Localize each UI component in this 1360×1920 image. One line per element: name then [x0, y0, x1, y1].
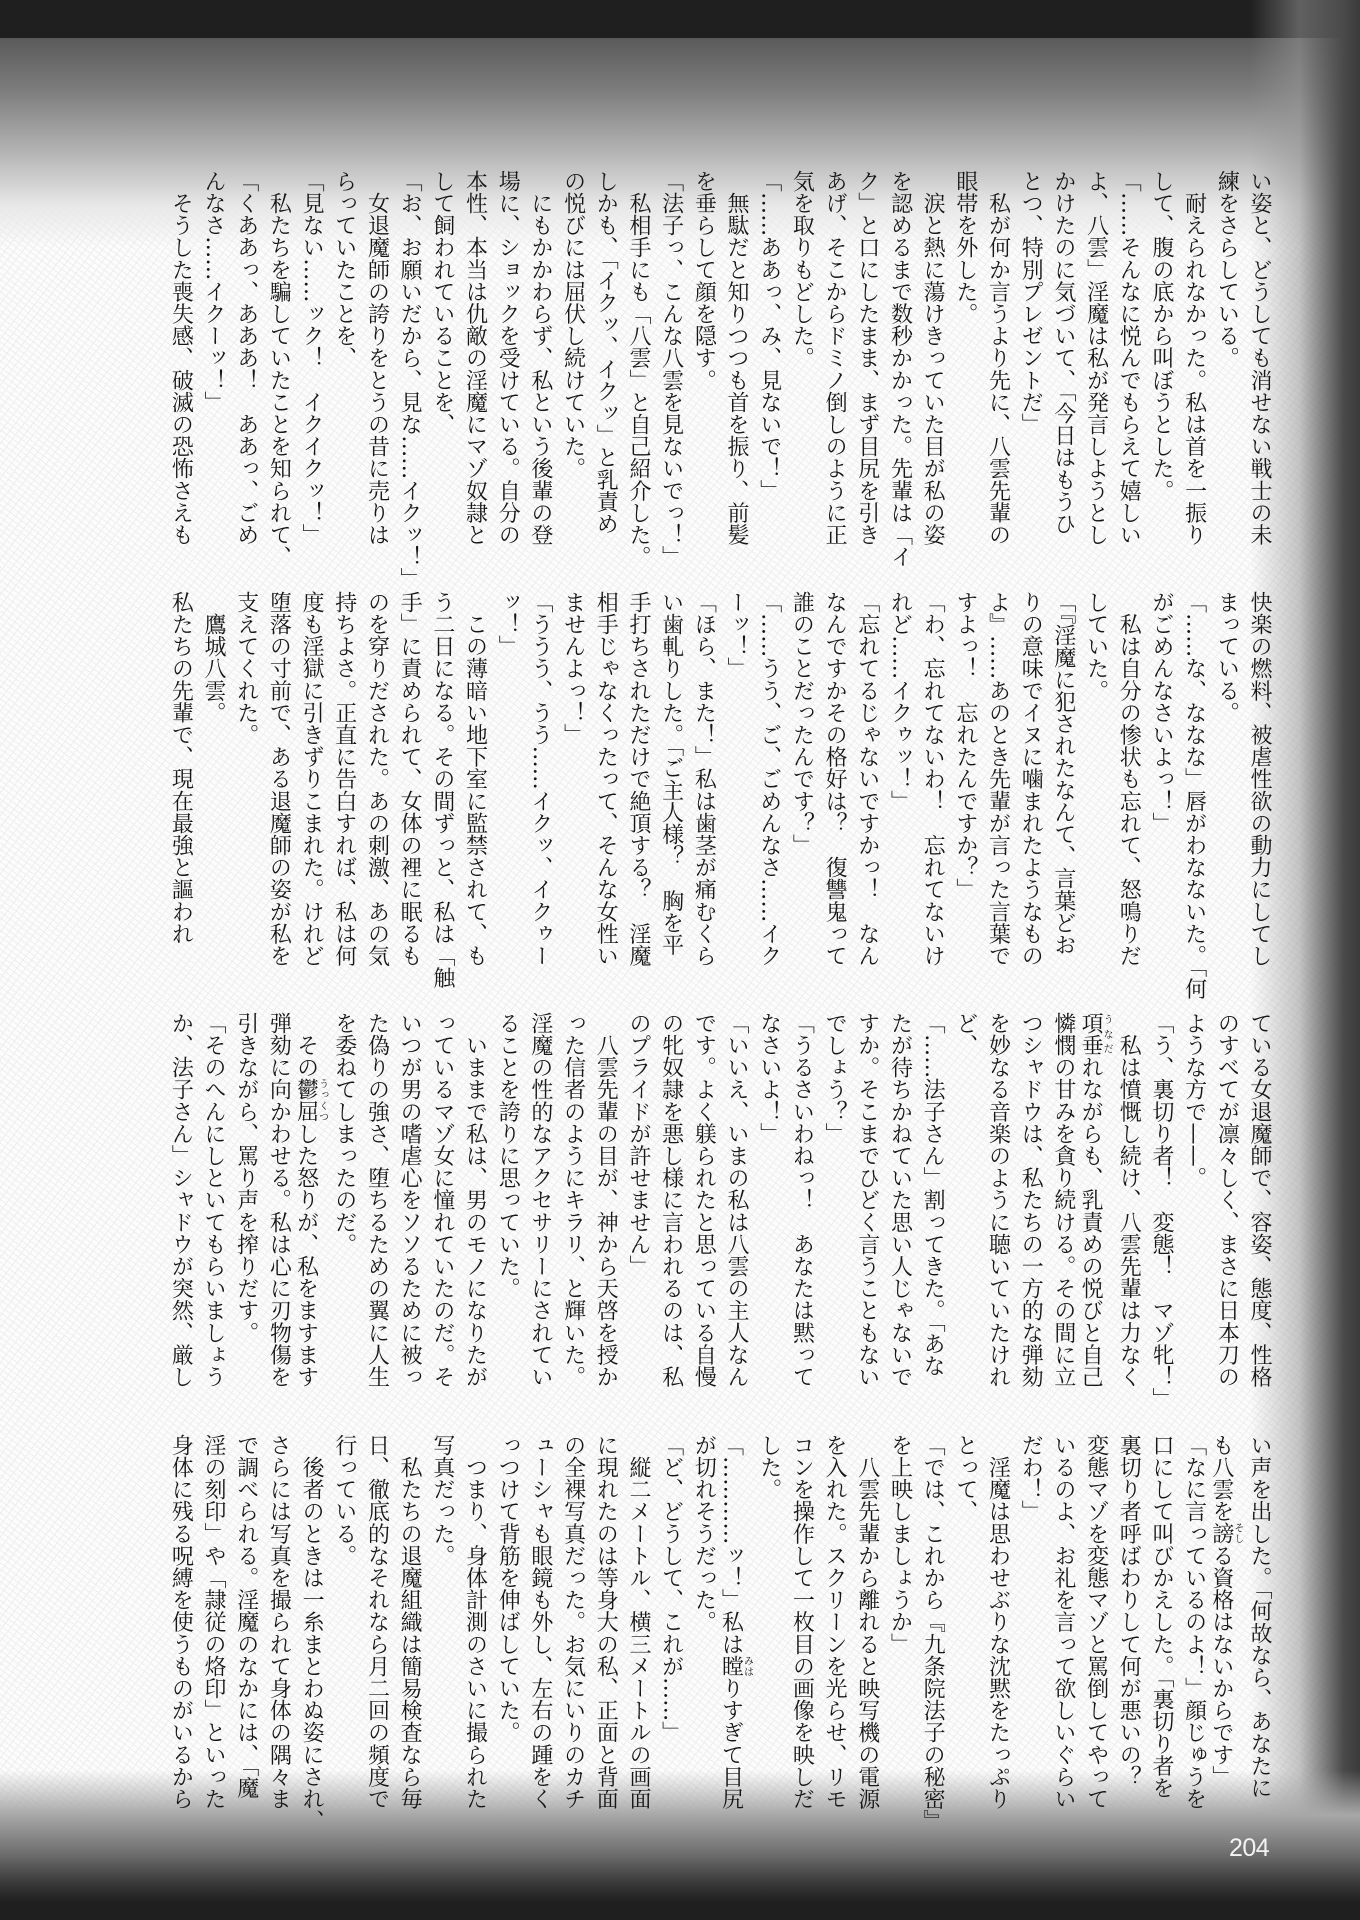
- text-line: 裏切り者呼ばわりして何が悪いの？: [1112, 1434, 1145, 1814]
- text-line: で調べられる。淫魔のなかには、「魔: [229, 1434, 262, 1814]
- text-line: 「……うう、ご、ごめんなさ……イク: [752, 591, 785, 971]
- text-line: 「……そんなに悦んでもらえて嬉しい: [1112, 170, 1145, 550]
- text-line: のを穿りだされた。あの刺激、あの気: [360, 591, 393, 971]
- text-line: 「見ない……ック！ イクイクッ！」: [294, 170, 327, 550]
- text-line: 「わ、忘れてないわ！ 忘れてないけ: [915, 591, 948, 971]
- text-tier-1: い姿と、どうしても消せない戦士の未 練をさらしている。 耐えられなかった。私は首…: [163, 170, 1275, 550]
- page-number: 204: [1229, 1834, 1269, 1863]
- text-tier-2: 快楽の燃料、被虐性欲の動力にしてし まっている。 「……な、ななな」唇がわなない…: [163, 591, 1275, 971]
- text-line: した。: [752, 1434, 785, 1814]
- text-line: を垂らして顔を隠す。: [687, 170, 720, 550]
- text-line: 変態マゾを変態マゾと罵倒してやって: [1079, 1434, 1112, 1814]
- text-line: 鷹城八雲。: [196, 591, 229, 971]
- text-segment: した怒りが、私をますます: [294, 1123, 319, 1388]
- text-line: この薄暗い地下室に監禁されて、も: [458, 591, 491, 971]
- text-line: 「いいえ、いまの私は八雲の主人なん: [719, 1012, 752, 1392]
- text-line: 手打ちされただけで絶頂する？ 淫魔: [621, 591, 654, 971]
- text-line: 私たちの先輩で、現在最強と謳われ: [164, 591, 197, 971]
- text-line: ど、: [948, 1012, 981, 1392]
- text-line: を入れた。スクリーンを光らせ、リモ: [817, 1434, 850, 1814]
- text-line: の牝奴隷を悪し様に言われるのは、私: [654, 1012, 687, 1392]
- page-border-top: [0, 0, 1360, 38]
- text-line: ク」と口にしたまま、まず目尻を引き: [850, 170, 883, 550]
- text-line: 八雲先輩から離れると映写機の電源: [850, 1434, 883, 1814]
- text-line: 私たちを騙していたことを知られて、: [262, 170, 295, 550]
- text-segment: りすぎて目尻: [719, 1677, 744, 1810]
- text-line: 誰のことだったんです？」: [785, 591, 818, 971]
- text-line: ませんよっ！」: [556, 591, 589, 971]
- text-line: の悦びには屈伏し続けていた。: [556, 170, 589, 550]
- text-line: い歯軋りした。「ご主人様？ 胸を平: [654, 591, 687, 971]
- text-line: 後者のときは一糸まとわぬ姿にされ、: [294, 1434, 327, 1814]
- text-line: った信者のようにキラリ、と輝いた。: [556, 1012, 589, 1392]
- text-line: 「……な、ななな」唇がわなないた。「何: [1177, 591, 1210, 971]
- text-line: を認めるまで数秒かかった。先輩は「イ: [883, 170, 916, 550]
- text-line: 日、徹底的なそれなら月二回の頻度で: [360, 1434, 393, 1814]
- text-line: っつけて背筋を伸ばしていた。: [491, 1434, 524, 1814]
- text-line: 口にして叫びかえした。「裏切り者を: [1144, 1434, 1177, 1814]
- text-line: 持ちよさ。正直に告白すれば、私は何: [327, 591, 360, 971]
- text-line: 縦二メートル、横三メートルの画面: [621, 1434, 654, 1814]
- text-line: 「う、裏切り者！ 変態！ マゾ牝！」: [1144, 1012, 1177, 1392]
- text-line: ーッ！」: [719, 591, 752, 971]
- text-line: 堕落の寸前で、ある退魔師の姿が私を: [262, 591, 295, 971]
- text-line: 支えてくれた。: [229, 591, 262, 971]
- text-line: を妙なる音楽のように聴いていたけれ: [981, 1012, 1014, 1392]
- text-line: まっている。: [1210, 591, 1243, 971]
- text-line: っているマゾ女に憧れていたのだ。そ: [425, 1012, 458, 1392]
- text-line: 「『淫魔に犯されたなんて、言葉どお: [1046, 591, 1079, 971]
- text-line: 耐えられなかった。私は首を一振り: [1177, 170, 1210, 550]
- text-segment: る資格はないからです」: [1209, 1545, 1234, 1788]
- text-line: でしょう？」: [817, 1012, 850, 1392]
- text-line: つまり、身体計測のさいに撮られた: [458, 1434, 491, 1814]
- text-line: 「……法子さん」割ってきた。「あな: [915, 1012, 948, 1392]
- text-line: 「くああっ、あああ！ ああっ、ごめ: [229, 170, 262, 550]
- ruby-base: 項垂: [1078, 1012, 1103, 1056]
- text-line: つシャドウは、私たちの一方的な弾劾: [1014, 1012, 1047, 1392]
- text-line: いるのよ、お礼を言って欲しいぐらい: [1046, 1434, 1079, 1814]
- text-line: にもかかわらず、私という後輩の登: [523, 170, 556, 550]
- text-line: たが待ちかねていた思い人じゃないで: [883, 1012, 916, 1392]
- text-line: ッ！」: [491, 591, 524, 971]
- text-line: んなさ……イクーッ！」: [196, 170, 229, 550]
- text-line: 「忘れてるじゃないですかっ！ なん: [850, 591, 883, 971]
- ruby-word: 項垂うなだ: [1078, 1012, 1103, 1056]
- text-line: 私相手にも「八雲」と自己紹介した。: [621, 170, 654, 550]
- text-line: いままで私は、男のモノになりたが: [458, 1012, 491, 1392]
- text-segment: も八雲を: [1209, 1434, 1234, 1522]
- text-line: 「お、お願いだから、見な……イクッ！」: [392, 170, 425, 550]
- text-line: がごめんなさいよっ！」: [1144, 591, 1177, 971]
- text-line: そうした喪失感、破滅の恐怖さえも: [164, 170, 197, 550]
- text-line: 私が何か言うより先に、八雲先輩の: [981, 170, 1014, 550]
- ruby-word: 鬱屈うっくつ: [294, 1078, 319, 1122]
- text-line: ることを誇りに思っていた。: [491, 1012, 524, 1392]
- text-line: とつ、特別プレゼントだ」: [1014, 170, 1047, 550]
- text-line: して、腹の底から叫ぼうとした。: [1144, 170, 1177, 550]
- text-line: りの意味でイヌに噛まれたようなもの: [1014, 591, 1047, 971]
- text-line: た偽りの強さ、堕ちるための翼に人生: [360, 1012, 393, 1392]
- text-line: 「うるさいわねっ！ あなたは黙って: [785, 1012, 818, 1392]
- text-line: 行っている。: [327, 1434, 360, 1814]
- text-segment: その: [294, 1012, 319, 1078]
- ruby-base: 謗: [1209, 1522, 1234, 1544]
- text-line: 本性、本当は仇敵の淫魔にマゾ奴隷と: [458, 170, 491, 550]
- text-line-with-ruby: 「…………ッ！」私は瞠みはりすぎて目尻: [719, 1434, 752, 1814]
- text-line: よ』……あのとき先輩が言った言葉で: [981, 591, 1014, 971]
- text-line: を委ねてしまったのだ。: [327, 1012, 360, 1392]
- text-line: 私たちの退魔組織は簡易検査なら毎: [392, 1434, 425, 1814]
- text-line: です。よく躾られたと思っている自慢: [687, 1012, 720, 1392]
- text-line: を上映しましょうか」: [883, 1434, 916, 1814]
- ruby-base: 鬱屈: [294, 1078, 319, 1122]
- text-segment: 「…………ッ！」私は: [719, 1434, 744, 1655]
- text-line-with-ruby: も八雲を謗そしる資格はないからです」: [1210, 1434, 1243, 1814]
- text-line: いつが男の嗜虐心をソソるために被っ: [392, 1012, 425, 1392]
- text-line: 私は憤慨し続け、八雲先輩は力なく: [1112, 1012, 1145, 1392]
- text-line: なんですかその格好は？ 復讐鬼って: [817, 591, 850, 971]
- text-segment: れながらも、乳責めの悦びと自己: [1078, 1056, 1103, 1388]
- text-line: 私は自分の惨状も忘れて、怒鳴りだ: [1112, 591, 1145, 971]
- text-line: 「ほら、また！」私は歯茎が痛むくら: [687, 591, 720, 971]
- text-line: 淫魔は思わせぶりな沈黙をたっぷり: [981, 1434, 1014, 1814]
- text-line: だわ！」: [1014, 1434, 1047, 1814]
- text-line: さらには写真を撮られて身体の隅々ま: [262, 1434, 295, 1814]
- text-line: 淫の刻印」や「隷従の烙印」といった: [196, 1434, 229, 1814]
- ruby-base: 瞠: [719, 1655, 744, 1677]
- ruby-reading: そし: [1232, 1522, 1243, 1544]
- text-line: 「ど、どうして、これが……」: [654, 1434, 687, 1814]
- text-line: 度も淫獄に引きずりこまれた。けれど: [294, 591, 327, 971]
- text-line: 練をさらしている。: [1210, 170, 1243, 550]
- text-line: 場に、ショックを受けている。自分の: [491, 170, 524, 550]
- text-line: 「法子っ、こんな八雲を見ないでっ！」: [654, 170, 687, 550]
- text-line: 引きながら、罵り声を搾りだす。: [229, 1012, 262, 1392]
- text-line: 写真だった。: [425, 1434, 458, 1814]
- text-line: のプライドが許せません」: [621, 1012, 654, 1392]
- text-line: 無駄だと知りつつも首を振り、前髪: [719, 170, 752, 550]
- text-line: しかも、「イクッ、イクッ」と乳責め: [589, 170, 622, 550]
- text-line: れど……イクゥッ！」: [883, 591, 916, 971]
- text-line: 淫魔の性的なアクセサリーにされてい: [523, 1012, 556, 1392]
- text-line: 気を取りもどした。: [785, 170, 818, 550]
- text-tier-3: ている女退魔師で、容姿、態度、性格 のすべてが凛々しく、まさに日本刀の ような方…: [163, 1012, 1275, 1392]
- ruby-reading: みは: [742, 1655, 753, 1677]
- text-line: 「では、これから『九条院法子の秘密』: [915, 1434, 948, 1814]
- text-line: 相手じゃなくったって、そんな女性い: [589, 591, 622, 971]
- text-line: して飼われていることを、: [425, 170, 458, 550]
- text-line: 眼帯を外した。: [948, 170, 981, 550]
- ruby-reading: うっくつ: [317, 1078, 328, 1122]
- text-line: い姿と、どうしても消せない戦士の未: [1242, 170, 1275, 550]
- text-line: ューシャも眼鏡も外し、左右の踵をく: [523, 1434, 556, 1814]
- text-line: のすべてが凛々しく、まさに日本刀の: [1210, 1012, 1243, 1392]
- text-line: すか。そこまでひどく言うこともない: [850, 1012, 883, 1392]
- text-line: かけたのに気づいて、「今日はもうひ: [1046, 170, 1079, 550]
- text-line: 八雲先輩の目が、神から天啓を授か: [589, 1012, 622, 1392]
- text-line: か、法子さん」シャドウが突然、厳し: [164, 1012, 197, 1392]
- ruby-word: 謗そし: [1209, 1522, 1234, 1544]
- text-line-with-ruby: 項垂うなだれながらも、乳責めの悦びと自己: [1079, 1012, 1112, 1392]
- text-line: う二日になる。その間ずっと、私は「触: [425, 591, 458, 971]
- text-line: よ、八雲」淫魔は私が発言しようとし: [1079, 170, 1112, 550]
- text-line: 快楽の燃料、被虐性欲の動力にしてし: [1242, 591, 1275, 971]
- text-line: 身体に残る呪縛を使うものがいるから: [164, 1434, 197, 1814]
- text-line: ている女退魔師で、容姿、態度、性格: [1242, 1012, 1275, 1392]
- text-line-with-ruby: その鬱屈うっくつした怒りが、私をますます: [294, 1012, 327, 1392]
- text-line: 女退魔師の誇りをとうの昔に売りは: [360, 170, 393, 550]
- ruby-reading: うなだ: [1101, 1012, 1112, 1056]
- text-line: 「……ああっ、み、見ないで！」: [752, 170, 785, 550]
- text-line: とって、: [948, 1434, 981, 1814]
- text-line: あげ、そこからドミノ倒しのように正: [817, 170, 850, 550]
- text-line: 「そのへんにしといてもらいましょう: [196, 1012, 229, 1392]
- text-line: ような方で——。: [1177, 1012, 1210, 1392]
- text-line: していた。: [1079, 591, 1112, 971]
- text-line: 手」に責められて、女体の裡に眠るも: [392, 591, 425, 971]
- text-line: 「ううう、うう……イクッ、イクゥー: [523, 591, 556, 971]
- text-line: に現れたのは等身大の私、正面と背面: [589, 1434, 622, 1814]
- ruby-word: 瞠みは: [719, 1655, 744, 1677]
- text-line: い声を出した。「何故なら、あなたに: [1242, 1434, 1275, 1814]
- text-line: らっていたことを、: [327, 170, 360, 550]
- text-line: コンを操作して一枚目の画像を映しだ: [785, 1434, 818, 1814]
- text-line: 涙と熱に蕩けきっていた目が私の姿: [915, 170, 948, 550]
- text-line: の全裸写真だった。お気にいりのカチ: [556, 1434, 589, 1814]
- text-tier-4: い声を出した。「何故なら、あなたに も八雲を謗そしる資格はないからです」 「なに…: [163, 1434, 1275, 1814]
- text-line: すよっ！ 忘れたんですか？」: [948, 591, 981, 971]
- text-line: なさいよ！」: [752, 1012, 785, 1392]
